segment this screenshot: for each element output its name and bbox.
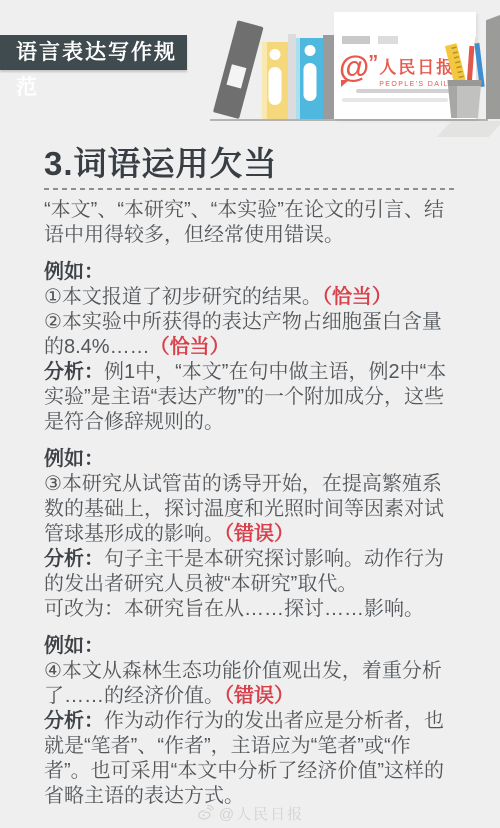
example-item: ③本研究从试管苗的诱导开始，在提高繁殖系数的基础上，探讨温度和光照时间等因素对试…: [44, 472, 456, 547]
yellow-binder-icon: [262, 42, 288, 119]
shelf-line: [210, 119, 488, 121]
example-label: 例如：: [44, 447, 456, 472]
example-block-1: 例如： ①本文报道了初步研究的结果。（恰当） ②本实验中所获得的表达产物占细胞蛋…: [44, 260, 456, 435]
analysis-text: 句子主干是本研究探讨影响。动作行为的发出者研究人员被“本研究”取代。: [44, 548, 444, 595]
logo-brand: 人民日报: [379, 53, 455, 78]
example-label: 例如：: [44, 260, 456, 285]
example-text: ②本实验中所获得的表达产物占细胞蛋白含量的8.4%……: [44, 311, 442, 358]
cup-shadow: [437, 121, 500, 137]
topic-banner: 语言表达写作规范: [0, 35, 187, 70]
analysis-label: 分析：: [44, 710, 104, 732]
verdict-tag: （错误）: [224, 685, 294, 707]
at-sign-icon: @: [339, 50, 369, 84]
analysis-label: 分析：: [44, 548, 104, 570]
peoples-daily-logo: @ 人民日报 PEOPLE'S DAILY: [339, 50, 455, 88]
verdict-tag: （错误）: [224, 523, 294, 545]
verdict-tag: （恰当）: [322, 286, 392, 308]
example-text: ①本文报道了初步研究的结果。: [44, 286, 322, 308]
analysis-label: 分析：: [44, 361, 104, 383]
weibo-icon: [196, 804, 214, 822]
watermark: @人民日报: [0, 803, 500, 823]
paper-heading-bar: [342, 36, 370, 44]
book-sticker: [226, 64, 246, 88]
thin-book-icon: [288, 34, 296, 119]
pencil-cup-icon: [446, 80, 483, 118]
gray-board-icon: [486, 15, 500, 119]
analysis-paragraph: 分析：作为动作行为的发出者应是分析者，也就是“笔者”、“作者”，主语应为“笔者”…: [44, 709, 456, 809]
analysis-text: 例1中，“本文”在句中做主语，例2中“本实验”是主语“表达产物”的一个附加成分，…: [44, 361, 446, 433]
analysis-paragraph: 分析：例1中，“本文”在句中做主语，例2中“本实验”是主语“表达产物”的一个附加…: [44, 360, 456, 435]
logo-text: 人民日报 PEOPLE'S DAILY: [379, 50, 455, 88]
example-item: ②本实验中所获得的表达产物占细胞蛋白含量的8.4%……（恰当）: [44, 310, 456, 360]
article: 3.词语运用欠当 “本文”、“本研究”、“本实验”在论文的引言、结语中用得较多，…: [0, 147, 500, 809]
watermark-text: @人民日报: [219, 803, 304, 824]
header: 语言表达写作规范 @ 人民: [0, 0, 500, 130]
logo-brand-en: PEOPLE'S DAILY: [379, 81, 455, 88]
binder-spine-label: [269, 67, 282, 105]
example-block-3: 例如： ④本文从森林生态功能价值观出发，着重分析了……的经济价值。（错误） 分析…: [44, 634, 456, 809]
example-item: ④本文从森林生态功能价值观出发，着重分析了……的经济价值。（错误）: [44, 659, 456, 709]
binder-ring: [270, 49, 281, 60]
binder-ring: [304, 45, 315, 56]
binder-spine-label: [303, 63, 316, 101]
topic-banner-label: 语言表达写作规范: [16, 41, 177, 99]
example-item: ①本文报道了初步研究的结果。（恰当）: [44, 285, 456, 310]
dashed-divider: [44, 188, 456, 190]
infographic-page: 语言表达写作规范 @ 人民: [0, 0, 500, 828]
analysis-paragraph: 分析：句子主干是本研究探讨影响。动作行为的发出者研究人员被“本研究”取代。: [44, 547, 456, 597]
article-title: 3.词语运用欠当: [44, 147, 456, 181]
blue-binder-icon: [296, 38, 323, 119]
intro-paragraph: “本文”、“本研究”、“本实验”在论文的引言、结语中用得较多，但经常使用错误。: [44, 198, 456, 248]
example-block-2: 例如： ③本研究从试管苗的诱导开始，在提高繁殖系数的基础上，探讨温度和光照时间等…: [44, 447, 456, 622]
desk-illustration: @ 人民日报 PEOPLE'S DAILY: [200, 0, 500, 130]
verdict-tag: （恰当）: [150, 336, 230, 358]
revision-line: 可改为：本研究旨在从……探讨……影响。: [44, 597, 456, 622]
example-label: 例如：: [44, 634, 456, 659]
analysis-text: 作为动作行为的发出者应是分析者，也就是“笔者”、“作者”，主语应为“笔者”或“作…: [44, 710, 444, 807]
leaning-book-icon: [213, 20, 264, 119]
paper-text-line: [342, 98, 448, 102]
paper-heading-bar: [378, 36, 398, 44]
gray-book-icon: [323, 35, 334, 119]
